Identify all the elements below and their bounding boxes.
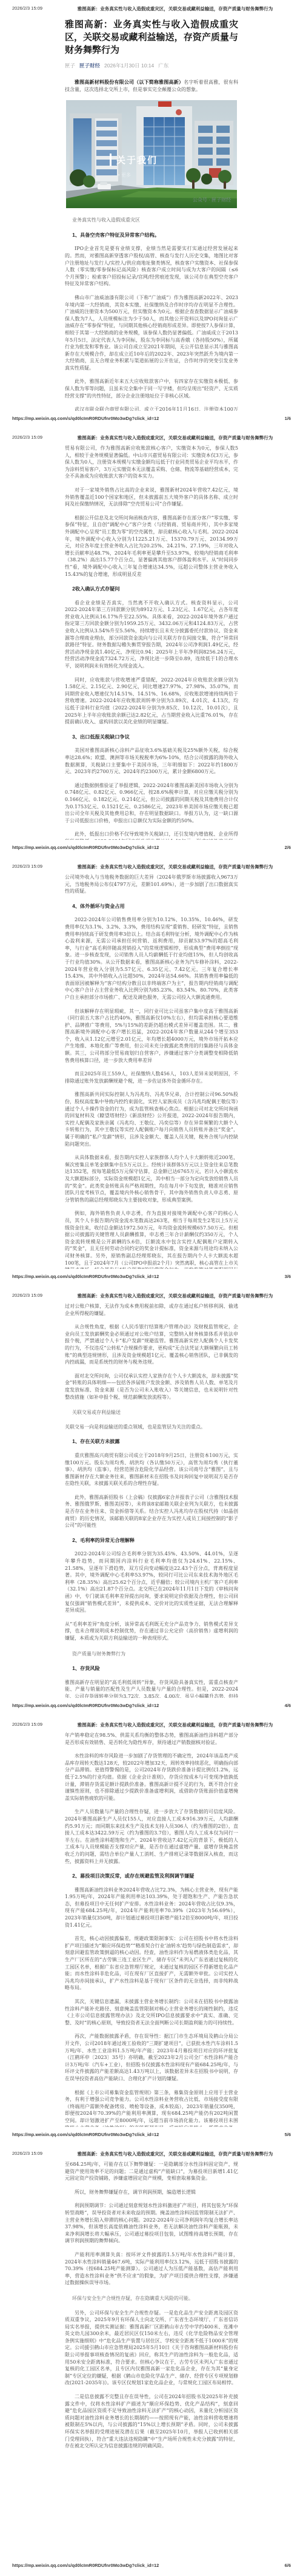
page-footer: https://mp.weixin.qq.com/s/qd0lcImR0RDUf… (12, 416, 291, 421)
article-paragraph: 而且2025年员工559人，社保缴纳人数456人，103人差异未说明原因，不排除… (65, 1070, 238, 1084)
article-paragraph: 从具体数据来看，报告期内实控人家族群体人均个人卡大额转账近200笔，频次密集且单… (65, 1154, 238, 1203)
print-preview: 2026/2/3 15:09 雅图高新：业务真实性与收入造假成重灾区，关联交易或… (0, 0, 303, 2576)
print-page-2: 2026/2/3 15:09 雅图高新：业务真实性与收入造假成重灾区，关联交易或… (0, 429, 303, 858)
page-header: 2026/2/3 15:09 雅图高新：业务真实性与收入造假成重灾区，关联交易或… (12, 2151, 291, 2157)
byline: 匣子 匣子财经 2026年1月30日 10:14 广东 (65, 62, 238, 69)
page-header: 2026/2/3 15:09 雅图高新：业务真实性与收入造假成重灾区，关联交易或… (12, 434, 291, 441)
article-paragraph: 此外，低报出口价格不仅导致境外关税缺口，还引发境内增值税、企业所得税税基降低，2… (65, 831, 238, 840)
photo-caption-more: > 更多 (117, 172, 131, 178)
article-paragraph: 二是信息披露不完整且存在误导性，公司在2024年招股书及2025年补充披露文件中… (65, 2393, 238, 2450)
page-number: 3/6 (285, 1274, 291, 1279)
article-paragraph: 美国对雅图高新核心涂料产品征收3.6%基础关税及25%额外关税，综合税率达28.… (65, 747, 238, 775)
article-paragraph: 利润预期调节：公司通过刻意规划水性涂料激进扩产项目，将其包装为“环保转型战略”，… (65, 2202, 238, 2245)
print-timestamp: 2026/2/3 15:09 (12, 864, 42, 870)
article-paragraph: 此外，雅图高新招股书（上会稿）仅披露6家合并报表子公司（含雅图技术服务、雅图俄罗… (65, 1494, 238, 1529)
article-heading: 1、存在关联方未披露 (65, 1438, 238, 1445)
print-timestamp: 2026/2/3 15:09 (12, 434, 42, 441)
print-page-3: 2026/2/3 15:09 雅图高新：业务真实性与收入造假成重灾区，关联交易或… (0, 858, 303, 1287)
print-url: https://mp.weixin.qq.com/s/qd0lcImR0RDUf… (12, 1274, 159, 1279)
publish-datetime: 2026年1月30日 10:14 (104, 62, 154, 69)
print-url: https://mp.weixin.qq.com/s/qd0lcImR0RDUf… (12, 2132, 159, 2137)
article-paragraph: IPO企业首先是要有业绩支撑，业绩当然是需要实打实通过经营发展起来的。然而，对雅… (65, 245, 238, 288)
article-paragraph: 另外，公司环保与安全生产合规性存疑。一是危化品生产安全距离及园区资质双重争议，2… (65, 2310, 238, 2387)
article-paragraph: 贸易有限公司，作为雅图高新应收账款核心客户，实缴资本为0元，参保人数5人，相较于… (65, 445, 238, 480)
print-url: https://mp.weixin.qq.com/s/qd0lcImR0RDUf… (12, 416, 159, 421)
running-title: 雅图高新：业务真实性与收入造假成重灾区，关联交易或藏利益输送，存资产质量与财务舞… (42, 2151, 291, 2157)
page-header: 2026/2/3 15:09 雅图高新：业务真实性与收入造假成重灾区，关联交易或… (12, 1722, 291, 1728)
page-footer: https://mp.weixin.qq.com/s/qd0lcImR0RDUf… (12, 1703, 291, 1708)
article-paragraph: 雅图高新存在明显的“高毛利低周转”异象，存货风险具备真实性，需重点核查产能、产量… (65, 1679, 238, 1698)
page-header: 2026/2/3 15:09 雅图高新：业务真实性与收入造假成重灾区，关联交易或… (12, 1293, 291, 1299)
lead-bold: 雅图高新材料股份有限公司（以下简称雅图高新） (75, 79, 184, 85)
article-paragraph: 过对公账户核算，无法作为成本费用税前扣除，或存在通过私户转移利润、偷逃企业所得税… (65, 1303, 238, 1317)
building-photo: 关于我们 > 更多 公众号 · 匣子财经 (66, 100, 237, 208)
page-number: 1/6 (285, 416, 291, 421)
article-heading: 1、存货风险 (65, 1665, 238, 1672)
article-paragraph: 至684.25吨/年，可能存在以下舞弊嫌疑：一是隐瞒部分水性涂料固定资产，规避资… (65, 2161, 238, 2182)
running-title: 雅图高新：业务真实性与收入造假成重灾区，关联交易或藏利益输送，存资产质量与财务舞… (42, 434, 291, 441)
article-paragraph: 再次，产能数据披露矛盾，存在误导性：据江门市生态环境局及鹤山分局公开文件，公司2… (65, 2033, 238, 2082)
print-timestamp: 2026/2/3 15:09 (12, 5, 42, 12)
author-name: 匣子 (65, 62, 75, 69)
article-paragraph: 年产销率稳定在98.5%、供需关系均衡的整体态势，雅图高新油性涂料超产部分是否形… (65, 1732, 238, 1746)
article-paragraph: 2022-2024年公司销售费用率分别为10.12%、10.35%、10.46%… (65, 916, 238, 1001)
photo-caption: 关于我们 (110, 154, 158, 166)
print-page-1: 2026/2/3 15:09 雅图高新：业务真实性与收入造假成重灾区，关联交易或… (0, 0, 303, 429)
page-header: 2026/2/3 15:09 雅图高新：业务真实性与收入造假成重灾区，关联交易或… (12, 5, 291, 12)
article-paragraph: 同时，应收账款与营收增速严重错配，2022-2024年应收账款余额分别为1.58… (65, 677, 238, 726)
page-footer: https://mp.weixin.qq.com/s/qd0lcImR0RDUf… (12, 2132, 291, 2137)
article-paragraph: 看企业业绩是否真实，当然离不开收入确认方式。核查资料显示，公司2022-2024… (65, 600, 238, 670)
page-number: 2/6 (285, 845, 291, 850)
article-paragraph: 雅图高新共同实际控制人为冯兆均、冯兆华兄弟，合计控制公司96.50%股份，股权高… (65, 1091, 238, 1148)
page-footer: https://mp.weixin.qq.com/s/qd0lcImR0RDUf… (12, 1274, 291, 1279)
article-paragraph: 通过数据倒推验证了举报逻辑，2022-2024年雅图高新美国市场收入分别为0.7… (65, 782, 238, 825)
print-page-6: 2026/2/3 15:09 雅图高新：业务真实性与收入造假成重灾区，关联交易或… (0, 2145, 303, 2576)
article-paragraph: 水性涂料的库存风险进一步加剧了存货管理的不确定性，2024年该品类产成品库存周转… (65, 1753, 238, 1802)
print-url: https://mp.weixin.qq.com/s/qd0lcImR0RDUf… (12, 2563, 159, 2568)
article-heading: 2、募投项目决策反常，或存在规避监管及利润调节嫌疑 (65, 1873, 238, 1880)
article-paragraph: 重庆雅图高兴商贸有限公司成立于2018年9月25日，注册资本100万元，实缴10… (65, 1452, 238, 1487)
article-heading: 4、体外循环与资金占用 (65, 903, 238, 910)
print-url: https://mp.weixin.qq.com/s/qd0lcImR0RDUf… (12, 845, 159, 850)
page-footer: https://mp.weixin.qq.com/s/qd0lcImR0RDUf… (12, 845, 291, 850)
publish-location: 广东 (158, 62, 168, 69)
article-paragraph: 武汉市联众联合商贸有限公司，成立于2016年11月16日，注册资本100万元，注… (65, 406, 238, 411)
article-paragraph: 雅图高新油性涂料业务2024年营收占比72.3%，为核心主营业务，现有产能1.9… (65, 1887, 238, 1929)
article-paragraph: 首先，核心动因披露偏差，规避政策限制事实：公司在招股书中将水性涂料扩产项目描述为… (65, 1935, 238, 1992)
print-timestamp: 2026/2/3 15:09 (12, 1293, 42, 1299)
article-paragraph: 对于一家境外销售占比高的企业来说，雅图新材2024年营收7.42亿元，境外销售覆… (65, 487, 238, 508)
article-heading: 环保与安全生产合规性存疑，存在隐瞒重大风险的可能。 (65, 2295, 238, 2302)
print-page-4: 2026/2/3 15:09 雅图高新：业务真实性与收入造假成重灾区，关联交易或… (0, 1287, 303, 1716)
running-title: 雅图高新：业务真实性与收入造假成重灾区，关联交易或藏利益输送，存资产质量与财务舞… (42, 1722, 291, 1728)
article-paragraph: 生产人员数量与产量的合理性存疑，进一步放大了存货数据的可信度风险。2024年雅图… (65, 1808, 238, 1865)
page-footer: https://mp.weixin.qq.com/s/qd0lcImR0RDUf… (12, 2563, 291, 2568)
article-paragraph: 产能利用率测算失真：按环评文件披露的1.5万吨/年水性涂料产能计算，2024年水… (65, 2251, 238, 2287)
page-number: 5/6 (285, 2132, 291, 2137)
article-paragraph: 从“毛利率差异”角度分析，该异常高毛利既无充分产品竞争力、销售模式差异支撑，也未… (65, 1621, 238, 1642)
article-paragraph: 根据公开信息及北交所问询函核查内容，雅图高新存在部分客户“零实缴、零参保”特征，… (65, 515, 238, 578)
article-paragraph: 面对北交所问询，公司仅承认实控人家族存在个人卡大额流水，却未披露“奖金”转账的具… (65, 1373, 238, 1401)
article-title: 雅图高新：业务真实性与收入造假成重灾区，关联交易或藏利益输送，存资产质量与财务舞… (65, 18, 238, 56)
print-page-5: 2026/2/3 15:09 雅图高新：业务真实性与收入造假成重灾区，关联交易或… (0, 1716, 303, 2145)
account-link[interactable]: 匣子财经 (79, 62, 100, 69)
article-paragraph: 从合规性角度，根据《人民币银行结算账户管理办法》及财税监管规定，企业向员工发放薪… (65, 1323, 238, 1366)
article-heading: 资产质量与财务舞弊行为 (65, 1651, 238, 1658)
article-paragraph: 2022-2024年公司综合毛利率分别为35.45%、43.50%、44.01%… (65, 1550, 238, 1614)
page-header: 2026/2/3 15:09 雅图高新：业务真实性与收入造假成重灾区，关联交易或… (12, 864, 291, 870)
article-heading: 关联交易或存利益输送 (65, 1409, 238, 1416)
article-paragraph: 根据《上市公司募集资金监管规则》第三条，募集资金原则上应用于主营业务，有利于增强… (65, 2089, 238, 2127)
article-paragraph: 公司境外收入与当地税务数据的巨大差异（2024年俄罗斯市场披露收入9673万元，… (65, 874, 238, 895)
article-heading: 3、出口低报关税缺口争议 (65, 734, 238, 741)
article-paragraph: 但该解释存在明显瑕疵，其一，同行业可比公司虽客户集中度高于雅图高新（同行前五大客… (65, 1008, 238, 1064)
lead-paragraph: 雅图高新材料股份有限公司（以下简称雅图高新）名字听着很高雅，很有科技含量，这次选… (65, 79, 238, 93)
print-url: https://mp.weixin.qq.com/s/qd0lcImR0RDUf… (12, 1703, 159, 1708)
article-paragraph: 例如，海外销售负责人申志勇，作为直接对接境外调配中心客户的核心人员，其个人卡报告… (65, 1210, 238, 1269)
running-title: 雅图高新：业务真实性与收入造假成重灾区，关联交易或藏利益输送，存资产质量与财务舞… (42, 5, 291, 12)
article-paragraph: 佛山市广油威油漆有限公司（下称“广油威”）作为雅图高新2022年、2023年境内… (65, 294, 238, 372)
photo-watermark: 公众号 · 匣子财经 (193, 197, 231, 203)
article-heading: 2、毛利率的异常无合理解释 (65, 1537, 238, 1544)
print-timestamp: 2026/2/3 15:09 (12, 2151, 42, 2157)
running-title: 雅图高新：业务真实性与收入造假成重灾区，关联交易或藏利益输送，存资产质量与财务舞… (42, 864, 291, 870)
page-number: 4/6 (285, 1703, 291, 1708)
article-paragraph: 其次，关键信息遗漏，未披露主营业务增长制约：公司未在招股书中披露油性涂料产能补充… (65, 1998, 238, 2026)
running-title: 雅图高新：业务真实性与收入造假成重灾区，关联交易或藏利益输送，存资产质量与财务舞… (42, 1293, 291, 1299)
article-heading: 1、具备空壳客户特征及异常客户结构。 (65, 232, 238, 239)
article-paragraph: 所以，财务舞弊嫌疑存在，调节利润预期，编造增长逻辑 (65, 2189, 238, 2196)
article-paragraph: 关联交易一向是利益输送的重点领域，也是监管层为关注的重点。 (65, 1424, 238, 1431)
article-heading: 业务真实性与收入造假成重灾区 (65, 217, 238, 224)
article-paragraph: 此外，雅图高新近年来五大应收账款客户中，有四家存在实缴资本极低、参保人数为零等问… (65, 378, 238, 399)
page-number: 6/6 (285, 2563, 291, 2568)
article-heading: 2收入确认方式存疑问 (65, 586, 238, 593)
print-timestamp: 2026/2/3 15:09 (12, 1722, 42, 1728)
